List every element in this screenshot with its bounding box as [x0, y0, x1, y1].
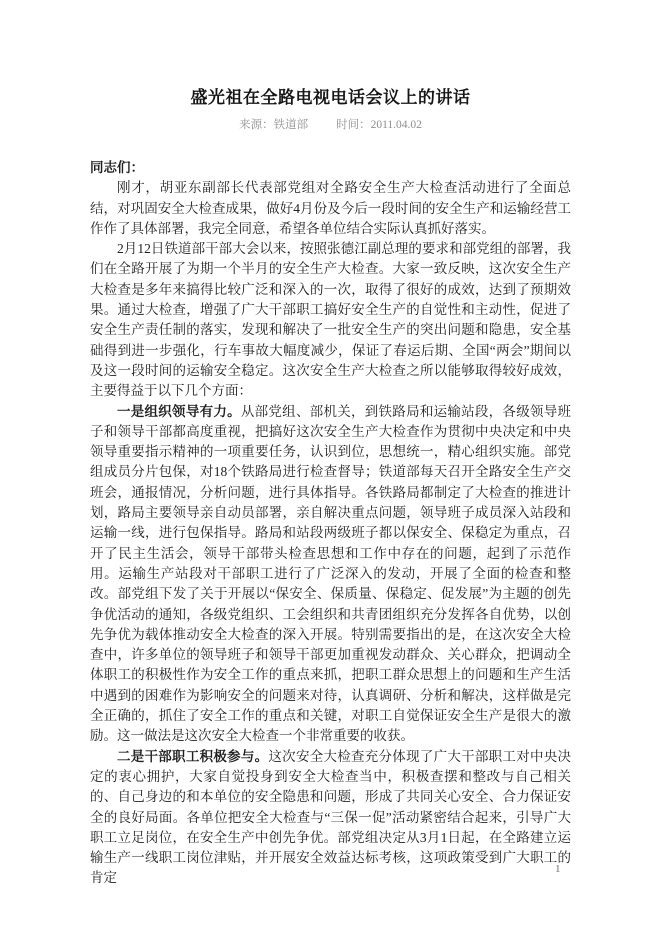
meta-source: 来源：铁道部 — [239, 119, 308, 131]
paragraph-1: 刚才，胡亚东副部长代表部党组对全路安全生产大检查活动进行了全面总结，对巩固安全大… — [90, 178, 571, 239]
meta-time: 时间：2011.04.02 — [336, 119, 422, 131]
paragraph-lead: 一是组织领导有力。 — [117, 404, 241, 419]
paragraph-text: 这次安全大检查充分体现了广大干部职工对中央决定的衷心拥护，大家自觉投身到安全大检… — [90, 749, 571, 886]
paragraph-2: 2月12日铁道部干部大会以来，按照张德江副总理的要求和部党组的部署，我们在全路开… — [90, 239, 571, 401]
paragraph-text: 2月12日铁道部干部大会以来，按照张德江副总理的要求和部党组的部署，我们在全路开… — [90, 241, 571, 398]
paragraph-3: 一是组织领导有力。从部党组、部机关，到铁路局和运输站段，各级领导班子和领导干部都… — [90, 402, 571, 747]
document-page: 盛光祖在全路电视电话会议上的讲话 来源：铁道部时间：2011.04.02 同志们… — [90, 0, 571, 889]
paragraph-text: 刚才，胡亚东副部长代表部党组对全路安全生产大检查活动进行了全面总结，对巩固安全大… — [90, 180, 571, 236]
page-number: 1 — [555, 862, 561, 876]
document-title: 盛光祖在全路电视电话会议上的讲话 — [90, 86, 571, 110]
paragraph-text: 从部党组、部机关，到铁路局和运输站段，各级领导班子和领导干部都高度重视，把搞好这… — [90, 404, 571, 744]
document-body: 同志们： 刚才，胡亚东副部长代表部党组对全路安全生产大检查活动进行了全面总结，对… — [90, 158, 571, 889]
paragraph-lead: 二是干部职工积极参与。 — [117, 749, 268, 764]
paragraph-4: 二是干部职工积极参与。这次安全大检查充分体现了广大干部职工对中央决定的衷心拥护，… — [90, 747, 571, 889]
salutation: 同志们： — [90, 158, 571, 178]
document-meta: 来源：铁道部时间：2011.04.02 — [90, 117, 571, 133]
